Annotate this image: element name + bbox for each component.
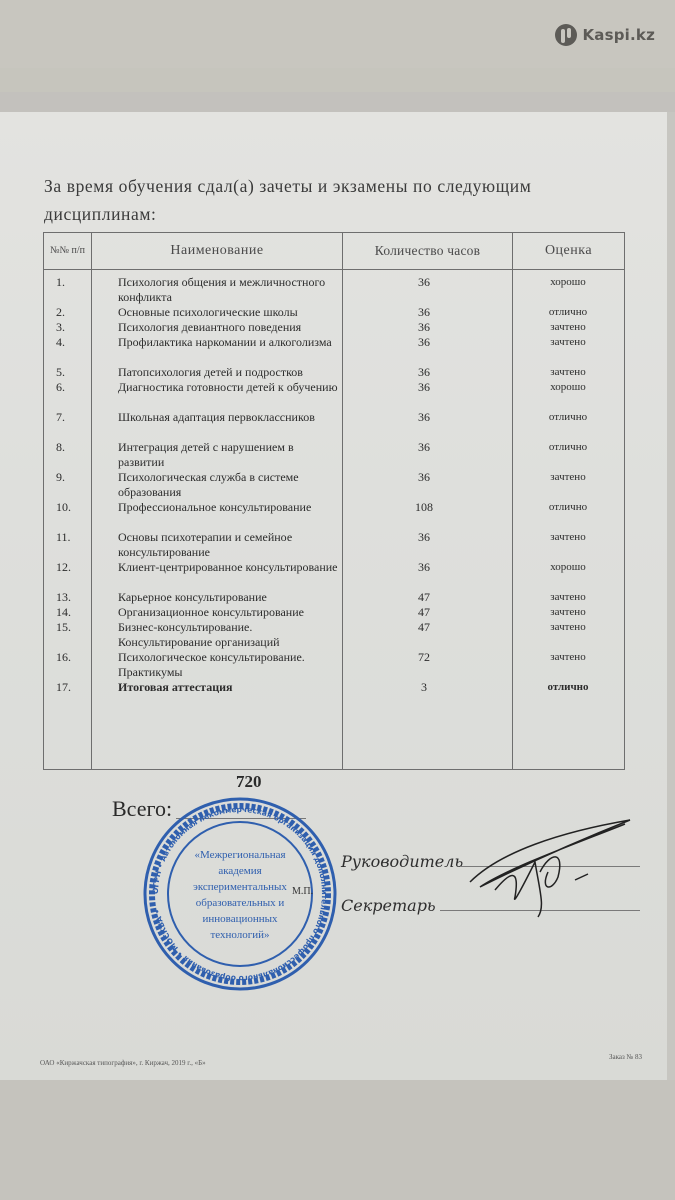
hours-value: 36: [364, 335, 484, 350]
row-number: 15.: [56, 620, 86, 635]
discipline-name: Профессиональное консультирование: [118, 500, 338, 515]
hours-value: 36: [364, 275, 484, 290]
row-number: 10.: [56, 500, 86, 515]
header-num: №№ п/п: [44, 233, 91, 269]
grade-value: зачтено: [514, 335, 622, 350]
discipline-name: Интеграция детей с нарушением в развитии: [118, 440, 338, 470]
hours-value: 36: [364, 530, 484, 545]
row-number: 16.: [56, 650, 86, 665]
table-row: 11.Основы психотерапии и семейное консул…: [44, 530, 624, 560]
table-row: 9.Психологическая служба в системе образ…: [44, 470, 624, 500]
row-number: 2.: [56, 305, 86, 320]
official-stamp: ОГРН • Автономная некоммерческая организ…: [142, 796, 338, 992]
hours-value: 47: [364, 590, 484, 605]
grade-value: хорошо: [514, 560, 622, 575]
grade-value: отлично: [514, 680, 622, 695]
discipline-name: Психология девиантного поведения: [118, 320, 338, 335]
discipline-name: Итоговая аттестация: [118, 680, 338, 695]
svg-text:академия: академия: [218, 865, 261, 877]
background-band: [0, 92, 675, 112]
discipline-name: Бизнес-консультирование. Консультировани…: [118, 620, 338, 650]
discipline-name: Патопсихология детей и подростков: [118, 365, 338, 380]
grade-value: зачтено: [514, 365, 622, 380]
hours-value: 36: [364, 320, 484, 335]
table-body: 1.Психология общения и межличностного ко…: [44, 275, 624, 695]
row-number: 13.: [56, 590, 86, 605]
svg-text:экспериментальных: экспериментальных: [193, 881, 287, 893]
row-number: 12.: [56, 560, 86, 575]
discipline-name: Психологическое консультирование. Практи…: [118, 650, 338, 680]
svg-text:М.П.: М.П.: [292, 886, 313, 897]
discipline-name: Основные психологические школы: [118, 305, 338, 320]
hours-value: 47: [364, 620, 484, 635]
table-row: 13.Карьерное консультирование47зачтено: [44, 590, 624, 605]
grade-value: хорошо: [514, 380, 622, 395]
background-band: [0, 68, 675, 92]
row-number: 8.: [56, 440, 86, 455]
table-row: 7.Школьная адаптация первоклассников36от…: [44, 410, 624, 440]
table-row: 4.Профилактика наркомании и алкоголизма3…: [44, 335, 624, 365]
table-row: 6.Диагностика готовности детей к обучени…: [44, 380, 624, 410]
watermark-text: Kaspi.kz: [582, 26, 655, 44]
hours-value: 36: [364, 410, 484, 425]
table-row: 3.Психология девиантного поведения36зачт…: [44, 320, 624, 335]
header-grade: Оценка: [513, 233, 624, 269]
hours-value: 36: [364, 560, 484, 575]
row-number: 5.: [56, 365, 86, 380]
handwritten-signature: [440, 812, 650, 922]
table-row: 10.Профессиональное консультирование108о…: [44, 500, 624, 530]
row-number: 14.: [56, 605, 86, 620]
hours-value: 3: [364, 680, 484, 695]
svg-text:инновационных: инновационных: [202, 913, 278, 925]
grade-value: зачтено: [514, 590, 622, 605]
table-row: 2.Основные психологические школы36отличн…: [44, 305, 624, 320]
row-number: 4.: [56, 335, 86, 350]
svg-text:образовательных и: образовательных и: [196, 897, 285, 909]
svg-text:«Межрегиональная: «Межрегиональная: [194, 849, 285, 861]
hours-value: 36: [364, 440, 484, 455]
row-number: 9.: [56, 470, 86, 485]
paper-edge: [667, 112, 675, 1080]
grade-value: отлично: [514, 410, 622, 425]
header-divider: [44, 269, 624, 270]
header-hours: Количество часов: [343, 233, 512, 269]
kaspi-logo-icon: [555, 24, 577, 46]
discipline-name: Школьная адаптация первоклассников: [118, 410, 338, 425]
grade-value: зачтено: [514, 530, 622, 545]
discipline-name: Карьерное консультирование: [118, 590, 338, 605]
printer-footer: ОАО «Киржачская типография», г. Киржач, …: [40, 1059, 206, 1067]
hours-value: 36: [364, 470, 484, 485]
table-row: 12.Клиент-центрированное консультировани…: [44, 560, 624, 590]
discipline-name: Клиент-центрированное консультирование: [118, 560, 338, 575]
discipline-name: Психология общения и межличностного конф…: [118, 275, 338, 305]
kaspi-watermark: Kaspi.kz: [555, 24, 655, 46]
table-row: 16.Психологическое консультирование. Пра…: [44, 650, 624, 680]
grade-value: зачтено: [514, 650, 622, 665]
row-number: 6.: [56, 380, 86, 395]
grade-value: зачтено: [514, 620, 622, 635]
discipline-name: Психологическая служба в системе образов…: [118, 470, 338, 500]
hours-value: 108: [364, 500, 484, 515]
table-row: 14.Организационное консультирование47зач…: [44, 605, 624, 620]
discipline-name: Профилактика наркомании и алкоголизма: [118, 335, 338, 350]
grade-value: отлично: [514, 500, 622, 515]
order-number: Заказ № 83: [609, 1053, 642, 1061]
header-name: Наименование: [92, 233, 342, 269]
grade-value: зачтено: [514, 605, 622, 620]
hours-value: 47: [364, 605, 484, 620]
row-number: 3.: [56, 320, 86, 335]
grade-value: отлично: [514, 305, 622, 320]
row-number: 11.: [56, 530, 86, 545]
svg-text:технологий»: технологий»: [210, 929, 269, 941]
table-row: 5.Патопсихология детей и подростков36зач…: [44, 365, 624, 380]
discipline-name: Основы психотерапии и семейное консульти…: [118, 530, 338, 560]
table-row: 1.Психология общения и межличностного ко…: [44, 275, 624, 305]
row-number: 1.: [56, 275, 86, 290]
table-row: 15.Бизнес-консультирование. Консультиров…: [44, 620, 624, 650]
hours-value: 36: [364, 380, 484, 395]
grades-table: №№ п/п Наименование Количество часов Оце…: [43, 232, 625, 770]
hours-value: 72: [364, 650, 484, 665]
discipline-name: Организационное консультирование: [118, 605, 338, 620]
hours-value: 36: [364, 305, 484, 320]
table-row: 17.Итоговая аттестация3отлично: [44, 680, 624, 695]
secretary-label: Секретарь: [341, 896, 436, 915]
total-hours-value: 720: [236, 772, 262, 792]
grade-value: зачтено: [514, 470, 622, 485]
grade-value: хорошо: [514, 275, 622, 290]
row-number: 17.: [56, 680, 86, 695]
discipline-name: Диагностика готовности детей к обучению: [118, 380, 338, 395]
hours-value: 36: [364, 365, 484, 380]
grade-value: отлично: [514, 440, 622, 455]
intro-text: За время обучения сдал(а) зачеты и экзам…: [44, 172, 644, 228]
table-row: 8.Интеграция детей с нарушением в развит…: [44, 440, 624, 470]
grade-value: зачтено: [514, 320, 622, 335]
row-number: 7.: [56, 410, 86, 425]
